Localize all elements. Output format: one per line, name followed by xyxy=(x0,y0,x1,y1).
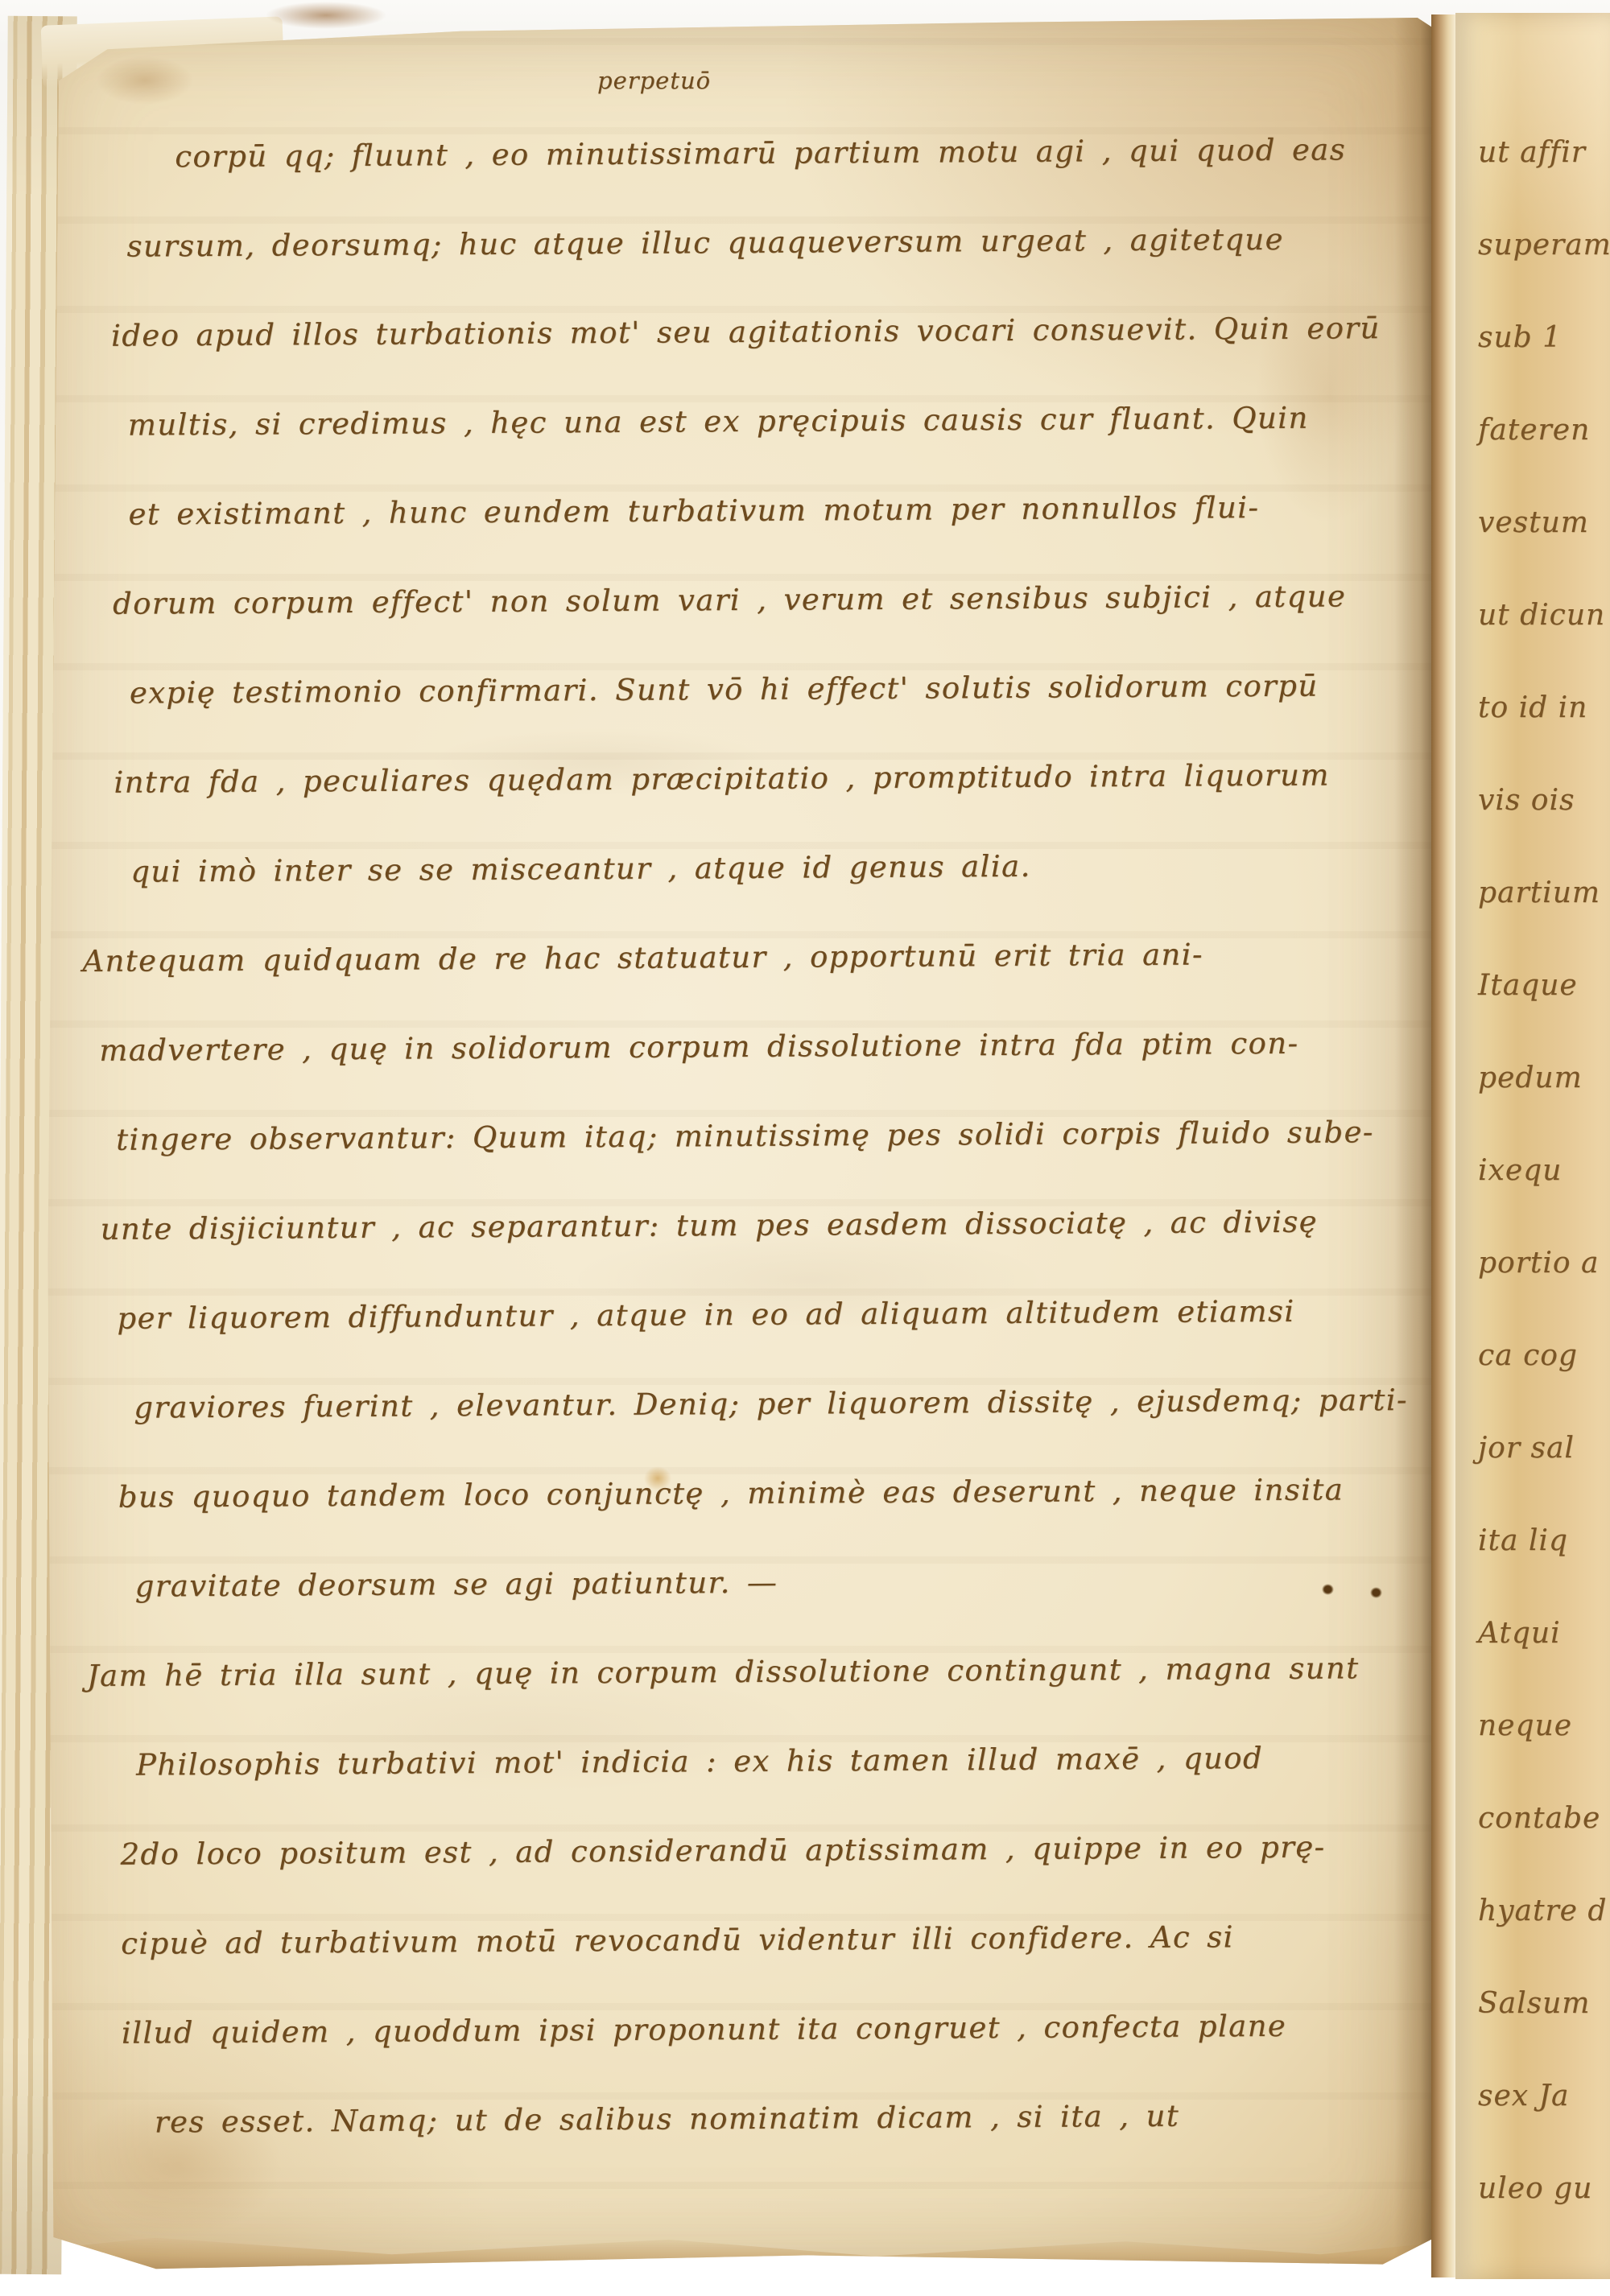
right-page-text-fragment: contabe xyxy=(1478,1772,1610,1865)
manuscript-line: unte disjiciuntur , ac separantur: tum p… xyxy=(84,1177,1413,1274)
right-page-text-fragment: Atqui xyxy=(1478,1587,1610,1680)
manuscript-line: qui imò inter se se misceantur , atque i… xyxy=(81,819,1410,917)
right-page-text-fragment: vis ois xyxy=(1478,754,1610,847)
right-page-text-fragment: portio a xyxy=(1478,1217,1610,1309)
right-page-fore-edge xyxy=(1431,14,1455,2277)
manuscript-line: per liquorem diffunduntur , atque in eo … xyxy=(85,1266,1414,1363)
right-page-text-fragment: ixequ xyxy=(1478,1124,1610,1217)
right-page-text-fragment: partium xyxy=(1478,847,1610,939)
right-page-text-fragment: ita liq xyxy=(1478,1494,1610,1587)
right-page-text-fragment: hyatre d xyxy=(1478,1865,1610,1957)
manuscript-line: Antequam quidquam de re hac statuatur , … xyxy=(82,909,1411,1006)
manuscript-line: Philosophis turbativi mot' indicia : ex … xyxy=(87,1713,1416,1810)
right-page-text: ut affir superam sub 1 fateren vestum ut… xyxy=(1478,106,1610,2235)
right-page-text-fragment: Salsum xyxy=(1478,1957,1610,2050)
right-page-text-fragment: superam xyxy=(1478,199,1610,291)
manuscript-line: illud quidem , quoddum ipsi proponunt it… xyxy=(89,1981,1418,2078)
right-page-text-fragment: ca cog xyxy=(1478,1309,1610,1402)
right-page-text-fragment: vestum xyxy=(1478,476,1610,569)
manuscript-photo: perpetuō corpū qq; fluunt , eo minutissi… xyxy=(0,0,1610,2296)
manuscript-line: ideo apud illos turbationis mot' seu agi… xyxy=(78,283,1407,381)
manuscript-line: tingere observantur: Quum itaq; minutiss… xyxy=(83,1087,1412,1185)
right-page-text-fragment: Itaque xyxy=(1478,939,1610,1032)
manuscript-line: multis, si credimus , hęc una est ex prę… xyxy=(79,373,1408,470)
manuscript-line: cipuè ad turbativum motū revocandū viden… xyxy=(89,1891,1418,1989)
right-page-text-fragment: jor sal xyxy=(1478,1402,1610,1494)
ink-dot xyxy=(1370,1587,1382,1598)
right-page-text-fragment: fateren xyxy=(1478,384,1610,476)
ink-dot xyxy=(1322,1584,1334,1595)
right-page-text-fragment: uleo gu xyxy=(1478,2142,1610,2235)
manuscript-line: dorum corpum effect' non solum vari , ve… xyxy=(80,551,1409,649)
manuscript-line: 2do loco positum est , ad considerandū a… xyxy=(88,1802,1417,1899)
right-page-text-fragment: sub 1 xyxy=(1478,291,1610,384)
manuscript-line: expię testimonio confirmari. Sunt vō hi … xyxy=(80,641,1410,738)
manuscript-line: Jam hē tria illa sunt , quę in corpum di… xyxy=(87,1623,1416,1721)
manuscript-text: corpū qq; fluunt , eo minutissimarū part… xyxy=(77,105,1418,2167)
interlinear-note: perpetuō xyxy=(597,67,711,94)
stain xyxy=(266,2,386,29)
manuscript-line: et existimant , hunc eundem turbativum m… xyxy=(80,462,1409,559)
manuscript-line: gravitate deorsum se agi patiuntur. — xyxy=(86,1534,1415,1631)
manuscript-line: madvertere , quę in solidorum corpum dis… xyxy=(83,998,1412,1095)
right-page-text-fragment: to id in xyxy=(1478,662,1610,754)
right-page-text-fragment: ut affir xyxy=(1478,106,1610,199)
manuscript-line: bus quoquo tandem loco conjunctę , minim… xyxy=(85,1445,1414,1542)
right-page-text-fragment: ut dicun xyxy=(1478,569,1610,662)
manuscript-line: res esset. Namq; ut de salibus nominatim… xyxy=(89,2070,1418,2167)
right-page-text-fragment: neque xyxy=(1478,1680,1610,1772)
right-page-text-fragment: sex Ja xyxy=(1478,2050,1610,2142)
manuscript-line: intra fda , peculiares quędam præcipitat… xyxy=(81,730,1410,827)
manuscript-line: sursum, deorsumq; huc atque illuc quaque… xyxy=(78,194,1407,291)
manuscript-line: graviores fuerint , elevantur. Deniq; pe… xyxy=(85,1355,1414,1453)
manuscript-line: corpū qq; fluunt , eo minutissimarū part… xyxy=(77,105,1406,202)
right-page-text-fragment: pedum xyxy=(1478,1032,1610,1124)
